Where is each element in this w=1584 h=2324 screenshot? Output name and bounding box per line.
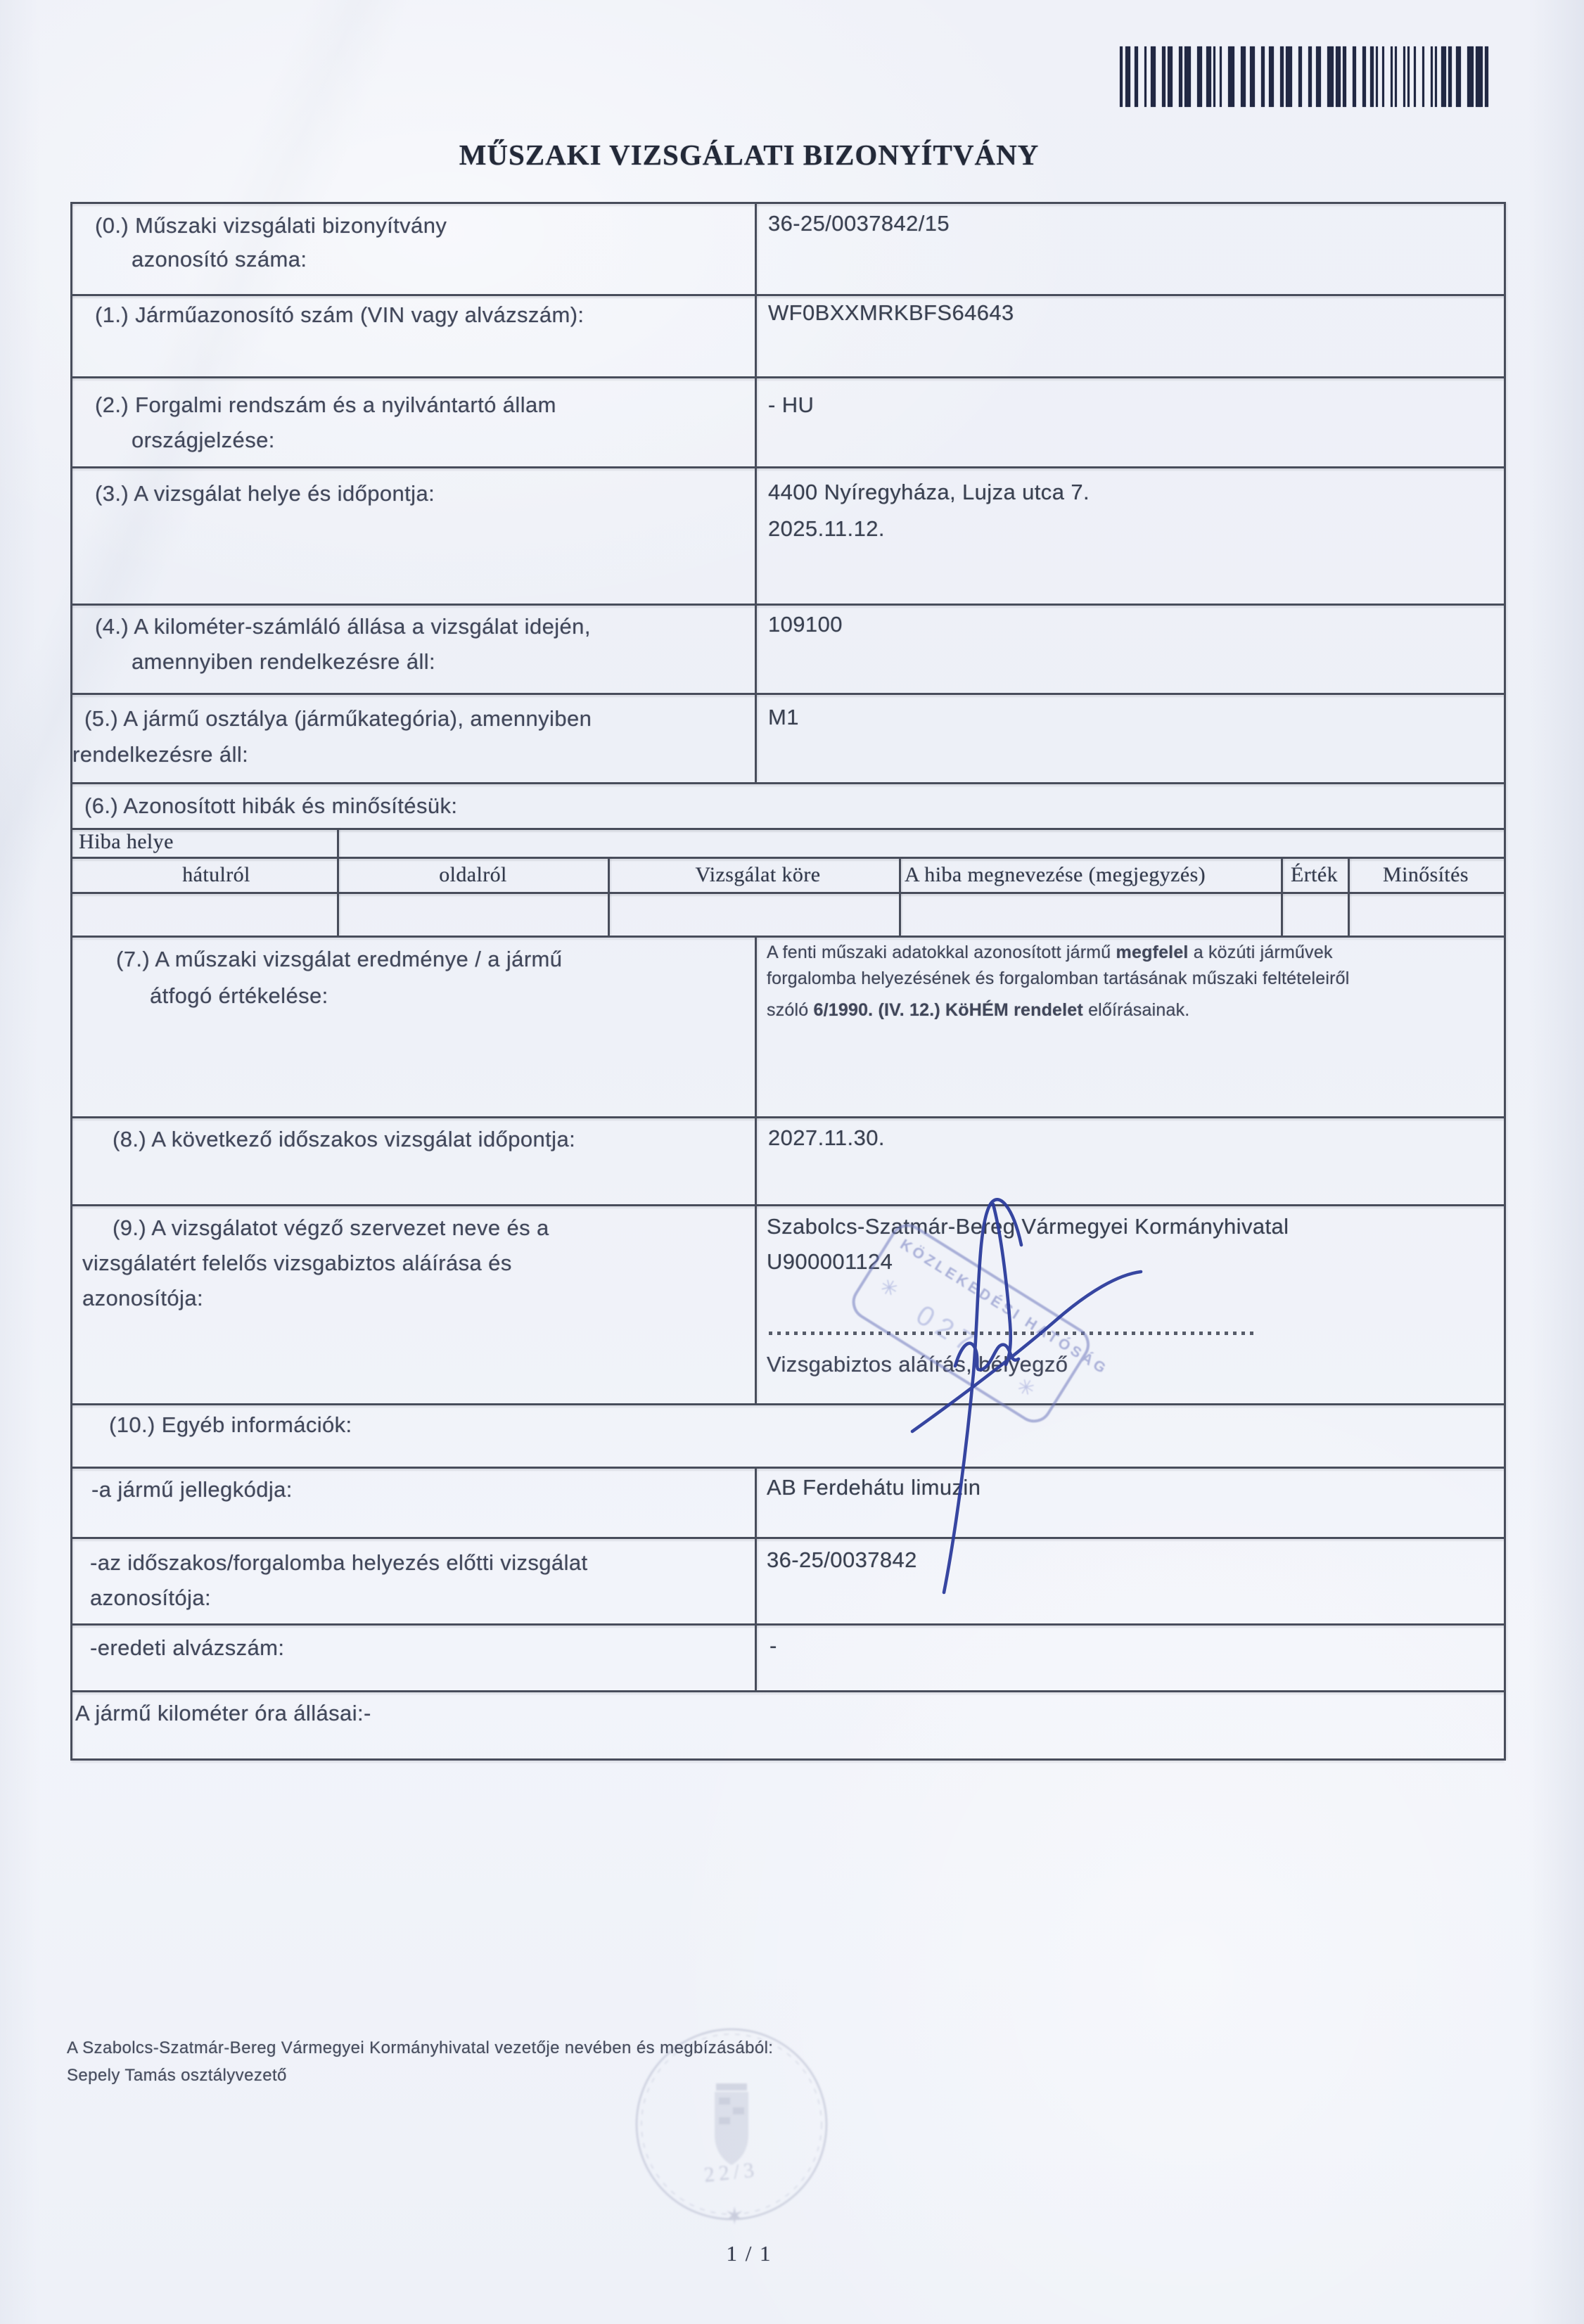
- field-7-value-part: szóló: [767, 1000, 814, 1020]
- field-5-label-line2: rendelkezésre áll:: [72, 742, 248, 767]
- field-14-label: A jármű kilométer óra állásai:-: [75, 1701, 371, 1726]
- field-13-label: -eredeti alvázszám:: [90, 1635, 284, 1661]
- table-border-top: [70, 202, 1505, 204]
- field-10-label: (10.) Egyéb információk:: [109, 1412, 352, 1438]
- field-3-value-line1: 4400 Nyíregyháza, Lujza utca 7.: [768, 480, 1090, 505]
- footer-authorization-line: A Szabolcs-Szatmár-Bereg Vármegyei Kormá…: [67, 2038, 773, 2058]
- table-divider: [755, 1467, 757, 1690]
- table-border-h: [70, 466, 1505, 468]
- signature-stroke: [912, 1272, 1141, 1431]
- field-0-value: 36-25/0037842/15: [768, 211, 950, 236]
- field-2-label-line2: országjelzése:: [132, 428, 275, 453]
- scanned-document-page: MŰSZAKI VIZSGÁLATI BIZONYÍTVÁNY (0.) Műs…: [0, 0, 1584, 2324]
- defect-col-vizsgalat-kore: Vizsgálat köre: [672, 863, 844, 887]
- field-5-label-line1: (5.) A jármű osztálya (járműkategória), …: [84, 706, 592, 732]
- defect-table-divider: [899, 857, 901, 936]
- defect-col-minosites: Minősítés: [1348, 863, 1504, 887]
- field-7-value-bold: megfelel: [1116, 943, 1189, 962]
- field-3-value-line2: 2025.11.12.: [768, 516, 885, 542]
- table-border-h: [70, 1623, 1505, 1626]
- field-9-label-line1: (9.) A vizsgálatot végző szervezet neve …: [113, 1215, 549, 1241]
- field-9-label-line2: vizsgálatért felelős vizsgabiztos aláírá…: [82, 1251, 512, 1276]
- field-4-label-line1: (4.) A kilométer-számláló állása a vizsg…: [95, 614, 591, 639]
- defect-table-divider: [337, 828, 339, 936]
- table-border-h: [70, 828, 1505, 830]
- document-title: MŰSZAKI VIZSGÁLATI BIZONYÍTVÁNY: [0, 138, 1498, 172]
- field-7-value-line3: szóló 6/1990. (IV. 12.) KöHÉM rendelet e…: [767, 1000, 1189, 1021]
- table-divider: [755, 936, 757, 1403]
- field-4-label-line2: amennyiben rendelkezésre áll:: [132, 649, 435, 675]
- barcode: [1120, 46, 1488, 107]
- table-border-h: [70, 936, 1505, 938]
- table-border-h: [70, 1690, 1505, 1692]
- table-border-h: [70, 892, 1505, 894]
- field-7-label-line1: (7.) A műszaki vizsgálat eredménye / a j…: [116, 947, 562, 972]
- defect-col-oldalrol: oldalról: [387, 863, 559, 887]
- field-6-label: (6.) Azonosított hibák és minősítésük:: [84, 793, 457, 819]
- field-9-label-line3: azonosítója:: [82, 1286, 203, 1311]
- table-border-right: [1504, 202, 1506, 1761]
- field-7-value-bold: 6/1990. (IV. 12.) KöHÉM rendelet: [814, 1000, 1083, 1020]
- coat-of-arms: [715, 2083, 748, 2165]
- field-7-value-line2: forgalomba helyezésének és forgalomban t…: [767, 969, 1350, 989]
- table-divider: [755, 202, 757, 782]
- signature-stroke: [944, 1199, 1021, 1592]
- field-7-value-part: előírásainak.: [1083, 1000, 1190, 1020]
- table-border-h: [70, 782, 1505, 784]
- field-3-label: (3.) A vizsgálat helye és időpontja:: [95, 481, 435, 506]
- field-12-label-line2: azonosítója:: [90, 1585, 211, 1611]
- table-border-h: [70, 294, 1505, 296]
- defect-col-hiba-megnevezese: A hiba megnevezése (megjegyzés): [905, 863, 1206, 887]
- round-stamp-number: 22/3: [703, 2158, 759, 2187]
- defect-table-divider: [608, 857, 610, 936]
- field-2-value: - HU: [768, 392, 814, 418]
- round-stamp-star: ✶: [724, 2204, 745, 2230]
- table-border-h: [70, 1116, 1505, 1118]
- field-0-label-line1: (0.) Műszaki vizsgálati bizonyítvány: [95, 213, 447, 238]
- page-indicator: 1 / 1: [675, 2241, 823, 2266]
- field-1-value: WF0BXXMRKBFS64643: [768, 300, 1014, 326]
- table-border-left: [70, 202, 72, 1761]
- field-4-value: 109100: [768, 612, 843, 637]
- field-7-value-line1: A fenti műszaki adatokkal azonosított já…: [767, 943, 1333, 963]
- table-border-h: [70, 857, 1505, 859]
- field-8-label: (8.) A következő időszakos vizsgálat idő…: [113, 1127, 575, 1152]
- footer-signer-name: Sepely Tamás osztályvezető: [67, 2066, 287, 2086]
- field-7-value-part: a közúti járművek: [1189, 943, 1333, 962]
- defect-col-ertek: Érték: [1281, 863, 1348, 887]
- field-7-value-part: A fenti műszaki adatokkal azonosított já…: [767, 943, 1116, 962]
- defect-col-hatulrol: hátulról: [130, 863, 302, 887]
- field-7-label-line2: átfogó értékelése:: [150, 983, 328, 1009]
- field-5-value: M1: [768, 705, 799, 730]
- field-1-label: (1.) Járműazonosító szám (VIN vagy alváz…: [95, 302, 584, 328]
- field-11-label: -a jármű jellegkódja:: [91, 1477, 293, 1502]
- table-border-h: [70, 604, 1505, 606]
- field-12-label-line1: -az időszakos/forgalomba helyezés előtti…: [90, 1550, 588, 1576]
- defect-table-corner-label: Hiba helye: [79, 830, 174, 854]
- table-border-bottom: [70, 1758, 1505, 1761]
- table-border-h: [70, 376, 1505, 378]
- signature-stroke: [993, 1204, 1011, 1365]
- field-13-value: -: [769, 1633, 777, 1659]
- field-0-label-line2: azonosító száma:: [132, 247, 307, 272]
- field-8-value: 2027.11.30.: [768, 1125, 885, 1151]
- table-border-h: [70, 693, 1505, 695]
- field-2-label-line1: (2.) Forgalmi rendszám és a nyilvántartó…: [95, 392, 556, 418]
- signature: [760, 1161, 1210, 1618]
